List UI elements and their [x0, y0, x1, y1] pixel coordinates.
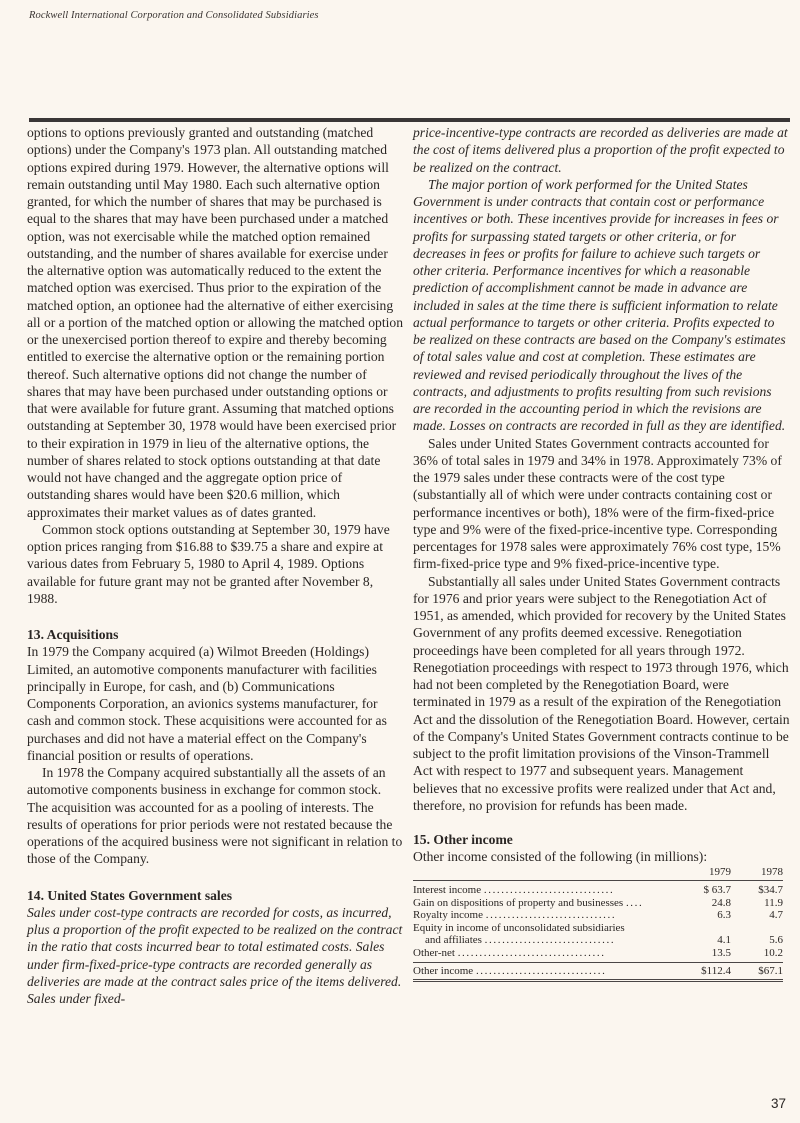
other-income-table: 1979 1978 Interest income ..............…	[413, 866, 783, 983]
double-rule	[413, 977, 783, 982]
value-1978: $34.7	[731, 884, 783, 897]
leader-dots: ..............................	[484, 884, 615, 896]
leader-dots: ..............................	[486, 909, 617, 921]
column-header-1979: 1979	[691, 866, 731, 879]
section-title-government-sales: 14. United States Government sales	[27, 887, 404, 904]
value-1979: 24.8	[679, 897, 731, 910]
section-title-other-income: 15. Other income	[413, 831, 790, 848]
table-row: Royalty income .........................…	[413, 909, 783, 922]
table-row: Other-net ..............................…	[413, 947, 783, 960]
paragraph: The major portion of work performed for …	[413, 176, 790, 435]
table-row: Gain on dispositions of property and bus…	[413, 897, 783, 910]
value-1978: 10.2	[731, 947, 783, 960]
row-label: Equity in income of unconsolidated subsi…	[413, 922, 783, 935]
value-1979: $ 63.7	[679, 884, 731, 897]
paragraph: price-incentive-type contracts are recor…	[413, 124, 790, 176]
row-label: Gain on dispositions of property and bus…	[413, 897, 623, 909]
leader-dots: ..................................	[458, 947, 606, 959]
value-1979: 6.3	[679, 909, 731, 922]
running-head: Rockwell International Corporation and C…	[29, 10, 319, 21]
table-row: Interest income ........................…	[413, 884, 783, 897]
paragraph: options to options previously granted an…	[27, 124, 404, 521]
table-intro: Other income consisted of the following …	[413, 848, 790, 865]
value-1978: $67.1	[731, 965, 783, 978]
paragraph: Substantially all sales under United Sta…	[413, 573, 790, 815]
value-1978: 11.9	[731, 897, 783, 910]
table-row: and affiliates .........................…	[413, 934, 783, 947]
right-column: price-incentive-type contracts are recor…	[413, 124, 790, 982]
value-1978: 5.6	[731, 934, 783, 947]
section-title-acquisitions: 13. Acquisitions	[27, 626, 404, 643]
table-row: Equity in income of unconsolidated subsi…	[413, 922, 783, 935]
row-label: Other income	[413, 965, 473, 977]
paragraph: Common stock options outstanding at Sept…	[27, 521, 404, 607]
header-rule	[29, 118, 790, 122]
leader-dots: ....	[626, 897, 643, 909]
paragraph: In 1979 the Company acquired (a) Wilmot …	[27, 643, 404, 764]
value-1978: 4.7	[731, 909, 783, 922]
row-label: and affiliates	[425, 934, 482, 946]
left-column: options to options previously granted an…	[27, 124, 404, 1007]
value-1979: $112.4	[679, 965, 731, 978]
row-label: Other-net	[413, 947, 455, 959]
table-total-row: Other income ...........................…	[413, 962, 783, 978]
paragraph: Sales under United States Government con…	[413, 435, 790, 573]
leader-dots: ..............................	[485, 934, 616, 946]
column-header-1978: 1978	[735, 866, 783, 879]
paragraph: Sales under cost-type contracts are reco…	[27, 904, 404, 1008]
row-label: Royalty income	[413, 909, 483, 921]
table-header: 1979 1978	[413, 866, 783, 882]
paragraph: In 1978 the Company acquired substantial…	[27, 764, 404, 868]
leader-dots: ..............................	[476, 965, 607, 977]
value-1979: 4.1	[679, 934, 731, 947]
value-1979: 13.5	[679, 947, 731, 960]
page-number: 37	[771, 1096, 786, 1111]
row-label: Interest income	[413, 884, 481, 896]
